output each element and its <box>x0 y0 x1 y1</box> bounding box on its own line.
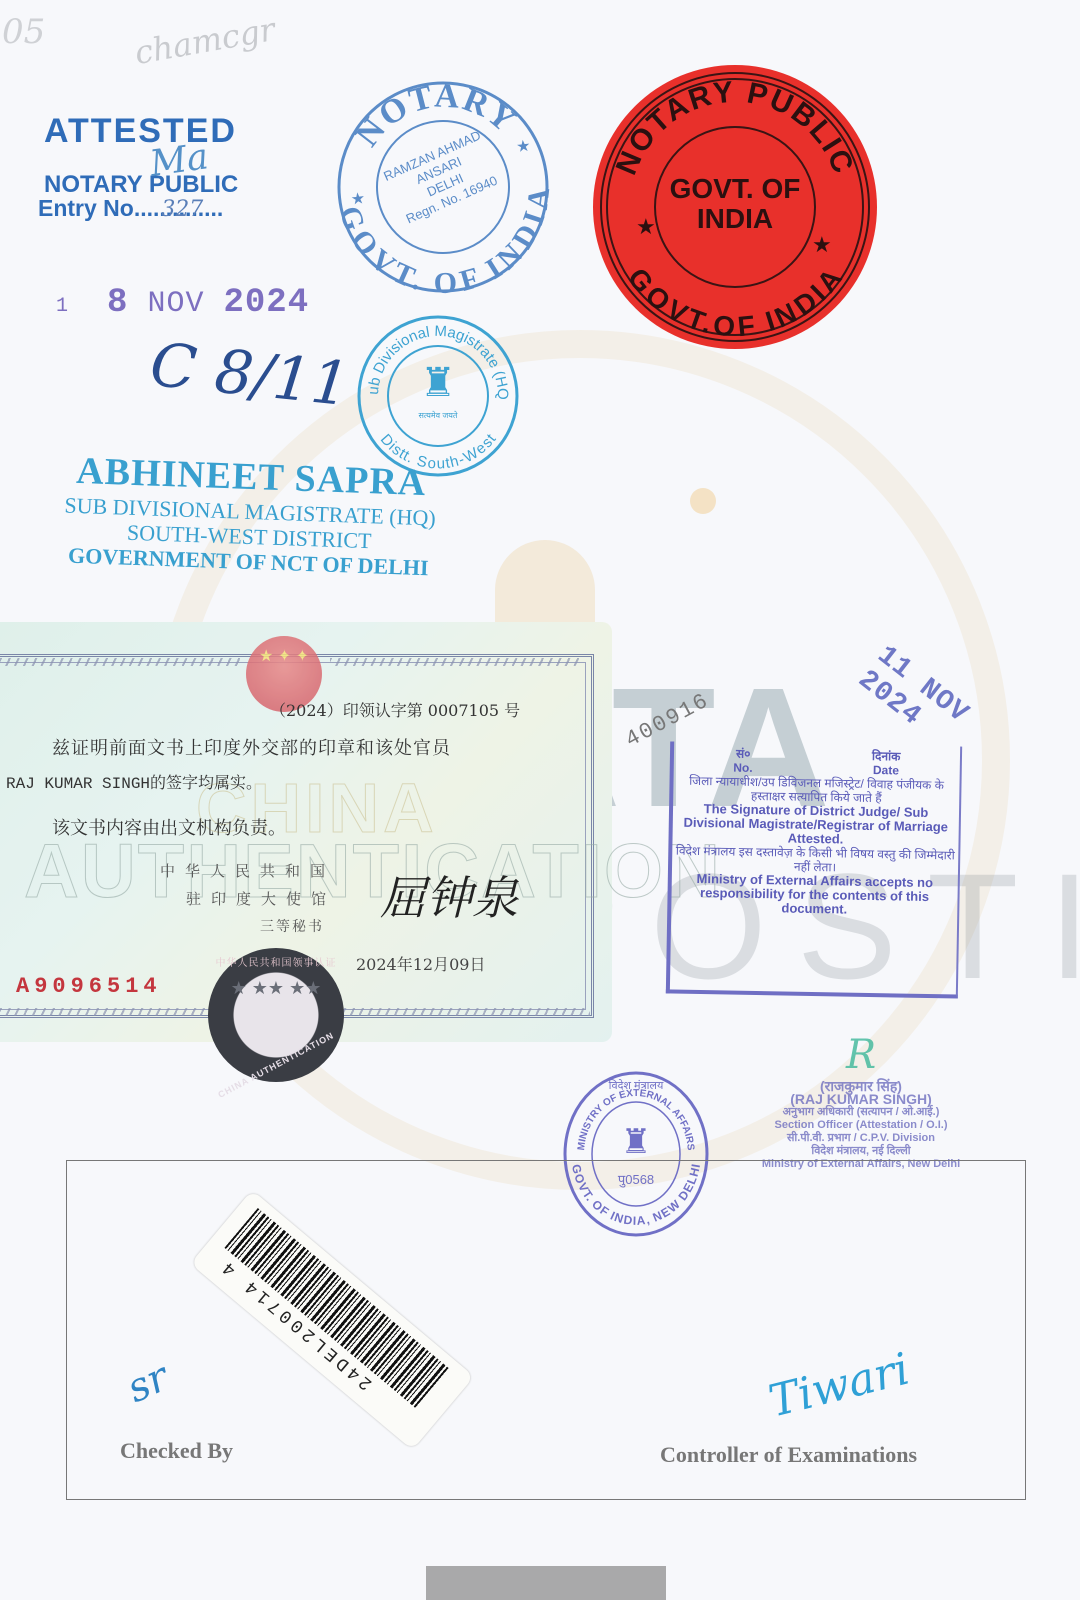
date-month: NOV <box>147 287 204 321</box>
hologram-stars-icon: ★ ★★ ★★ <box>208 978 344 999</box>
date-day: 8 <box>107 284 128 322</box>
mea-english-text-2: Ministry of External Affairs accepts no … <box>671 872 958 919</box>
number-label: सं०No. <box>733 747 753 775</box>
certificate-line-3: 该文书内容由出文机构负责。 <box>52 814 286 840</box>
issuer-line-1: 中华人民共和国 <box>160 860 335 881</box>
china-authentication-hologram: 中华人民共和国领事认证 ★ ★★ ★★ CHINA AUTHENTICATION <box>208 948 344 1082</box>
ashoka-emblem-icon: ♜ <box>356 360 520 406</box>
red-seal-center: GOVT. OF INDIA <box>590 174 880 234</box>
certificate-date: 2024年12月09日 <box>356 952 485 975</box>
sdm-signature: C 8/11 <box>147 330 353 420</box>
certificate-line-1: 兹证明前面文书上印度外交部的印章和该处官员 <box>52 734 451 760</box>
attested-heading: ATTESTED <box>44 112 238 151</box>
border-pattern <box>0 658 240 666</box>
certificate-line-2: RAJ KUMAR SINGH的签字均属实。 <box>6 770 262 793</box>
watermark-authentication: AUTHENTICATION <box>24 828 722 915</box>
svg-text:★: ★ <box>812 232 832 257</box>
emblem-motto: सत्यमेव जयते <box>356 410 520 421</box>
controller-label: Controller of Examinations <box>660 1442 917 1468</box>
mea-officer-signature: R <box>748 1030 974 1080</box>
entry-number-value: 327 <box>161 197 203 222</box>
mea-attestation-stamp: सं०No. दिनांकDate जिला न्यायाधीश/उप डिवि… <box>666 741 962 998</box>
ashoka-emblem-icon: ♜ <box>562 1122 710 1162</box>
mea-seal-hindi: विदेश मंत्रालय <box>562 1078 710 1093</box>
certificate-reference: （2024）印领认字第 0007105 号 <box>270 698 520 721</box>
mea-ministry-hindi: विदेश मंत्रालय, नई दिल्ली <box>748 1145 974 1158</box>
mea-officer-title-hindi: अनुभाग अधिकारी (सत्यापन / ओ.आई.) <box>748 1106 974 1119</box>
entry-number: Entry No..............327 <box>38 195 238 222</box>
hologram-ring-text: 中华人民共和国领事认证 <box>208 954 344 969</box>
certificate-serial: A9096514 <box>16 974 162 999</box>
top-scribble: chamcgr <box>132 10 278 72</box>
sdm-officer-block: ABHINEET SAPRA SUB DIVISIONAL MAGISTRATE… <box>58 448 442 580</box>
date-label: दिनांकDate <box>872 749 901 777</box>
watermark-sun <box>690 488 716 514</box>
mea-division: सी.पी.वी. प्रभाग / C.P.V. Division <box>748 1132 974 1145</box>
notary-seal-red: NOTARY PUBLIC GOVT.OF INDIA ★ ★ GOVT. OF… <box>590 62 880 352</box>
corner-mark: 05 <box>2 12 45 52</box>
mea-officer-block: R (राजकुमार सिंह) (RAJ KUMAR SINGH) अनुभ… <box>748 1030 974 1171</box>
attestation-signature: Ma <box>147 136 210 185</box>
mea-officer-name: (RAJ KUMAR SINGH) <box>748 1093 974 1106</box>
date-year: 2024 <box>223 284 309 322</box>
checked-by-label: Checked By <box>120 1438 233 1464</box>
issuer-line-2: 驻印度大使馆 <box>186 888 336 909</box>
sdm-seal: Sub Divisional Magistrate (HQ) Distt. So… <box>356 314 520 478</box>
notary-seal-blue: NOTARY GOVT. OF INDIA ★ ★ RAMZAN AHMAD A… <box>325 69 560 304</box>
consular-signature: 屈钟泉 <box>380 862 518 928</box>
mea-officer-title: Section Officer (Attestation / O.I.) <box>748 1119 974 1132</box>
date-prefix: 1 <box>56 295 69 318</box>
grey-strip <box>426 1566 666 1600</box>
issuer-title: 三等秘书 <box>260 916 324 936</box>
border-pattern <box>330 658 580 666</box>
notary-date-stamp: 1 8 NOV 2024 <box>56 284 309 322</box>
mea-english-text-1: The Signature of District Judge/ Sub Div… <box>672 802 959 849</box>
